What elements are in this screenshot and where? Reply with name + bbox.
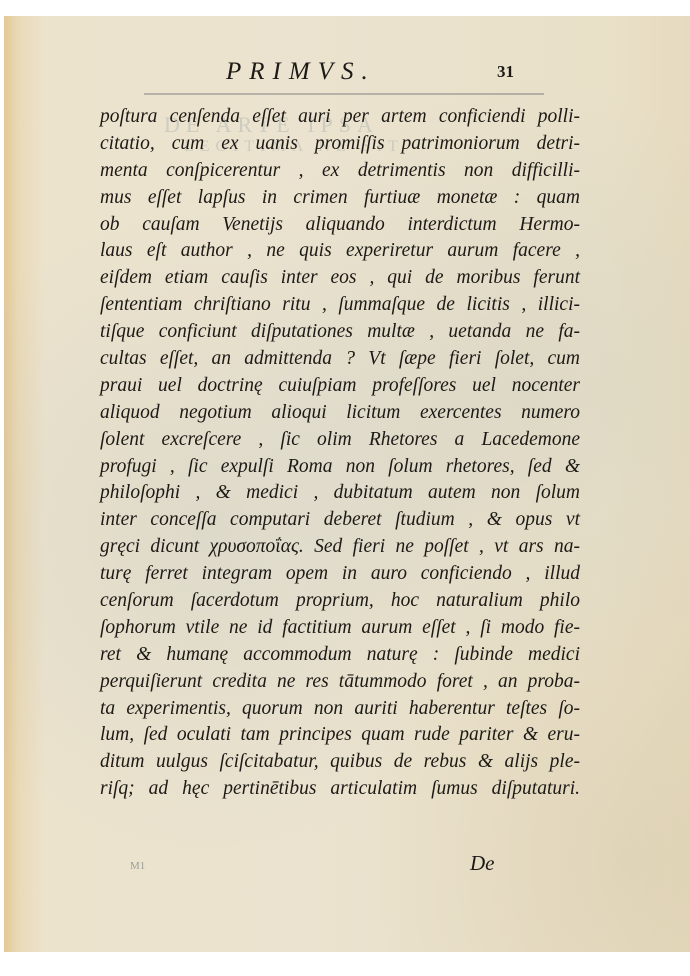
text-line: menta conſpicerentur , ex detrimentis no… bbox=[100, 158, 580, 185]
text-line: cultas eſſet, an admittenda ? Vt ſæpe fi… bbox=[100, 346, 580, 373]
page-header: PRIMVS. 31 bbox=[4, 56, 690, 86]
text-line: ſophorum vtile ne id factitium aurum eſſ… bbox=[100, 615, 580, 642]
text-line: mus eſſet lapſus in crimen furtiuæ monet… bbox=[100, 185, 580, 212]
text-line: ſolent excreſcere , ſic olim Rhetores a … bbox=[100, 427, 580, 454]
text-line: eiſdem etiam cauſis inter eos , qui de m… bbox=[100, 265, 580, 292]
text-line: lum, ſed oculati tam principes quam rude… bbox=[100, 722, 580, 749]
text-line: ditum uulgus ſciſcitabatur, quibus de re… bbox=[100, 749, 580, 776]
book-page: DE ARTE IPSA LEGITIMA NE SIT PRIMVS. 31 … bbox=[4, 16, 690, 952]
header-rule bbox=[144, 93, 544, 95]
text-line: aliquod negotium alioqui licitum exercen… bbox=[100, 400, 580, 427]
body-text: poſtura cenſenda eſſet auri per artem co… bbox=[100, 104, 580, 803]
text-line: perquiſierunt credita ne res tātummodo f… bbox=[100, 669, 580, 696]
text-line: praui uel doctrinę cuiuſpiam profeſſores… bbox=[100, 373, 580, 400]
text-line: ob cauſam Venetijs aliquando interdictum… bbox=[100, 212, 580, 239]
page-number: 31 bbox=[497, 62, 514, 82]
text-line: laus eſt author , ne quis experiretur au… bbox=[100, 238, 580, 265]
text-line: ſententiam chriſtiano ritu , ſummaſque d… bbox=[100, 292, 580, 319]
text-line: ta experimentis, quorum non auriti haber… bbox=[100, 696, 580, 723]
text-line: ret & humanę accommodum naturę : ſubinde… bbox=[100, 642, 580, 669]
text-line: poſtura cenſenda eſſet auri per artem co… bbox=[100, 104, 580, 131]
text-line: profugi , ſic expulſi Roma non ſolum rhe… bbox=[100, 454, 580, 481]
signature-mark: M1 bbox=[130, 860, 145, 872]
catchword: De bbox=[470, 851, 495, 876]
text-line: cenſorum ſacerdotum proprium, hoc natura… bbox=[100, 588, 580, 615]
text-line: turę ferret integram opem in auro confic… bbox=[100, 561, 580, 588]
text-line: inter conceſſa computari deberet ſtudium… bbox=[100, 507, 580, 534]
text-line: tiſque conficiunt diſputationes multæ , … bbox=[100, 319, 580, 346]
text-line: riſq; ad hęc pertinētibus articulatim ſu… bbox=[100, 776, 580, 803]
text-line: citatio, cum ex uanis promiſſis patrimon… bbox=[100, 131, 580, 158]
text-line: gręci dicunt χρυσοποΐας. Sed fieri ne po… bbox=[100, 534, 580, 561]
running-head: PRIMVS. bbox=[226, 58, 376, 86]
text-line: philoſophi , & medici , dubitatum autem … bbox=[100, 480, 580, 507]
